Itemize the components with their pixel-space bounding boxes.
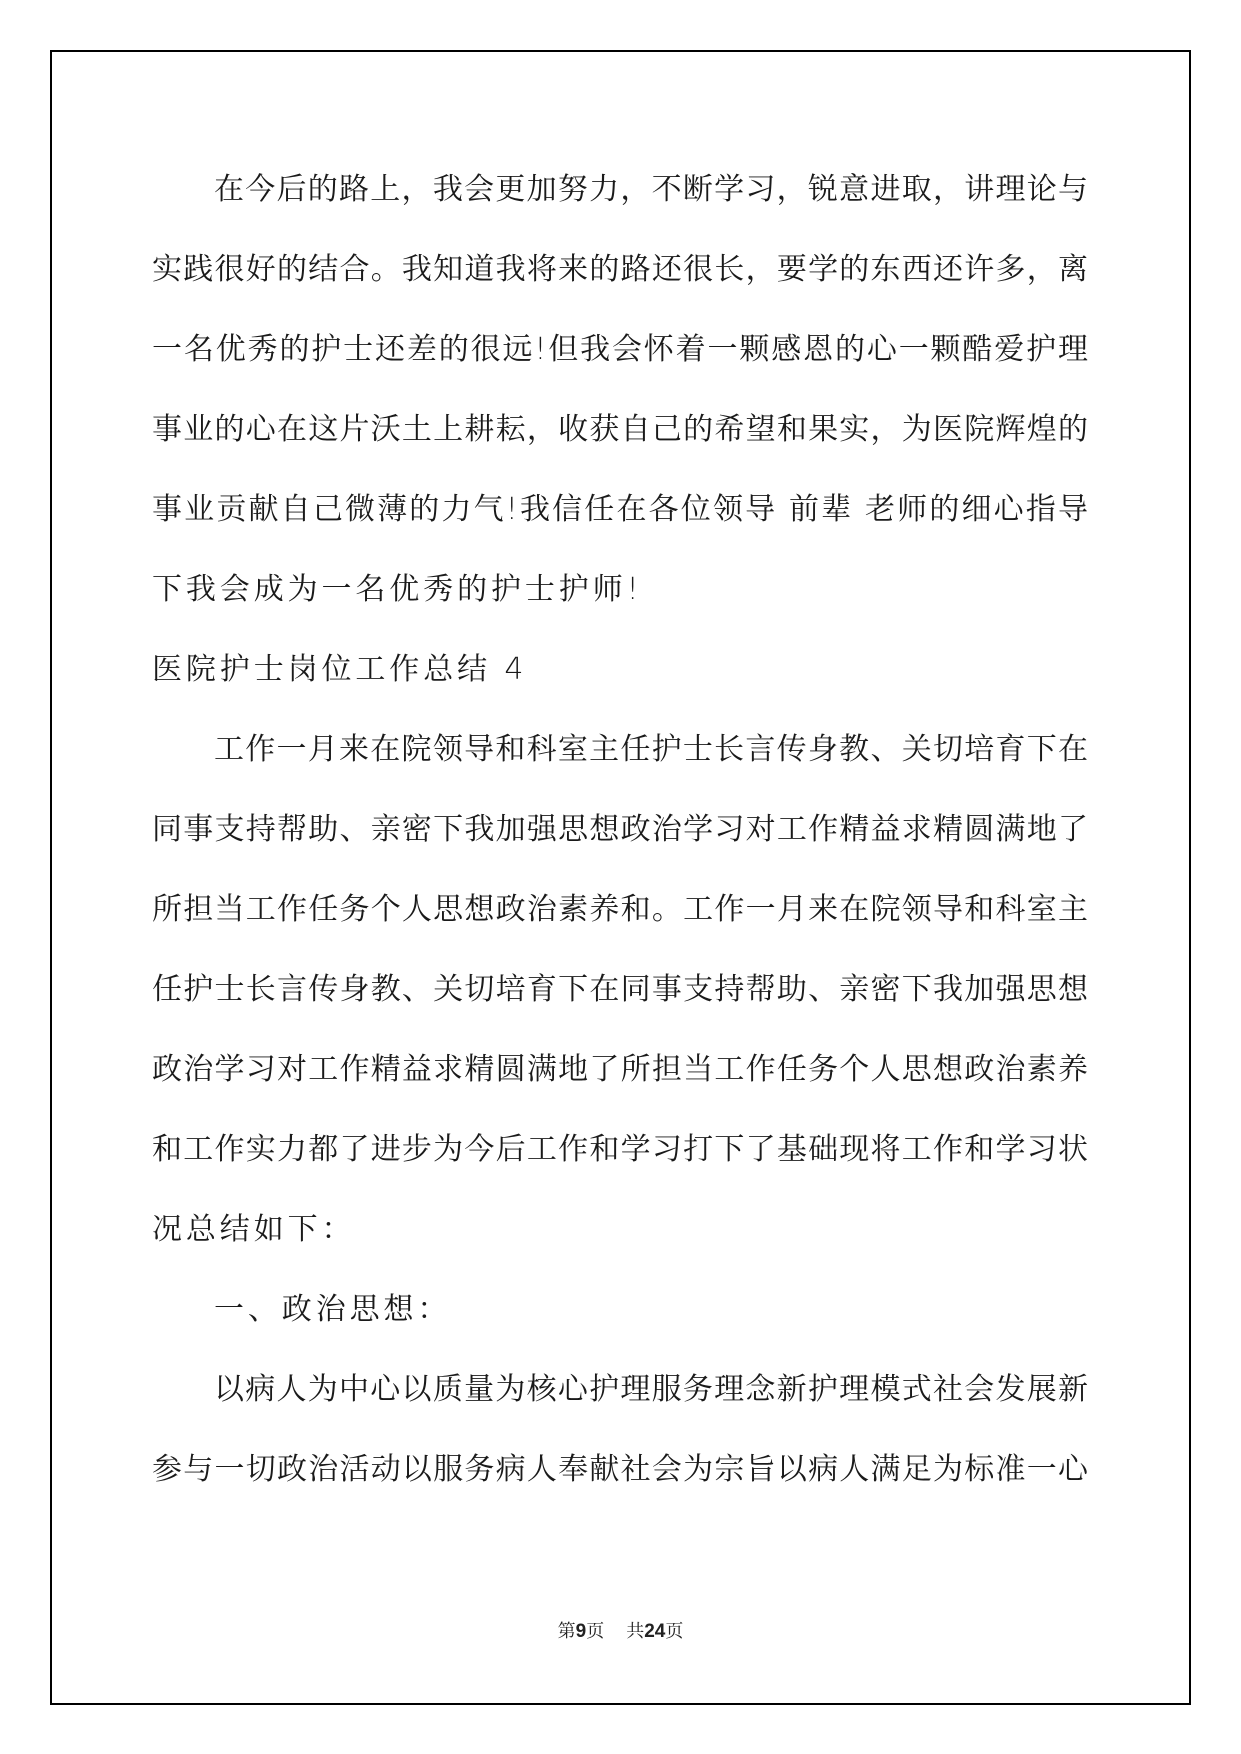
- text-line: 任护士长言传身教、关切培育下在同事支持帮助、亲密下我加强思想: [152, 970, 1088, 1010]
- text-line: 事业贡献自己微薄的力气!我信任在各位领导 前辈 老师的细心指导: [152, 490, 1088, 530]
- page-suffix: 页: [586, 1621, 604, 1642]
- text-line: 和工作实力都了进步为今后工作和学习打下了基础现将工作和学习状: [152, 1130, 1088, 1170]
- total-suffix: 页: [665, 1621, 683, 1642]
- text-line: 所担当工作任务个人思想政治素养和。工作一月来在院领导和科室主: [152, 890, 1088, 930]
- text-line: 一名优秀的护士还差的很远!但我会怀着一颗感恩的心一颗酷爱护理: [152, 330, 1088, 370]
- text-line: 实践很好的结合。我知道我将来的路还很长，要学的东西还许多，离: [152, 250, 1088, 290]
- text-line: 参与一切政治活动以服务病人奉献社会为宗旨以病人满足为标准一心: [152, 1450, 1088, 1490]
- text-line: 工作一月来在院领导和科室主任护士长言传身教、关切培育下在: [214, 730, 1088, 770]
- text-line: 事业的心在这片沃土上耕耘，收获自己的希望和果实，为医院辉煌的: [152, 410, 1088, 450]
- text-line: 以病人为中心以质量为核心护理服务理念新护理模式社会发展新: [214, 1370, 1088, 1410]
- text-line: 在今后的路上，我会更加努力，不断学习，锐意进取，讲理论与: [214, 170, 1088, 210]
- text-line: 况总结如下：: [152, 1210, 1088, 1250]
- total-pages: 24: [644, 1621, 665, 1642]
- page-number: 9: [576, 1621, 587, 1642]
- total-prefix: 共: [626, 1621, 644, 1642]
- section-heading: 医院护士岗位工作总结 4: [152, 650, 1088, 690]
- text-line: 同事支持帮助、亲密下我加强思想政治学习对工作精益求精圆满地了: [152, 810, 1088, 850]
- subsection-heading: 一、政治思想：: [214, 1290, 1088, 1330]
- text-line: 政治学习对工作精益求精圆满地了所担当工作任务个人思想政治素养: [152, 1050, 1088, 1090]
- page-footer: 第9页共24页: [0, 1620, 1241, 1644]
- page-prefix: 第: [558, 1621, 576, 1642]
- text-line: 下我会成为一名优秀的护士护师!: [152, 570, 1088, 610]
